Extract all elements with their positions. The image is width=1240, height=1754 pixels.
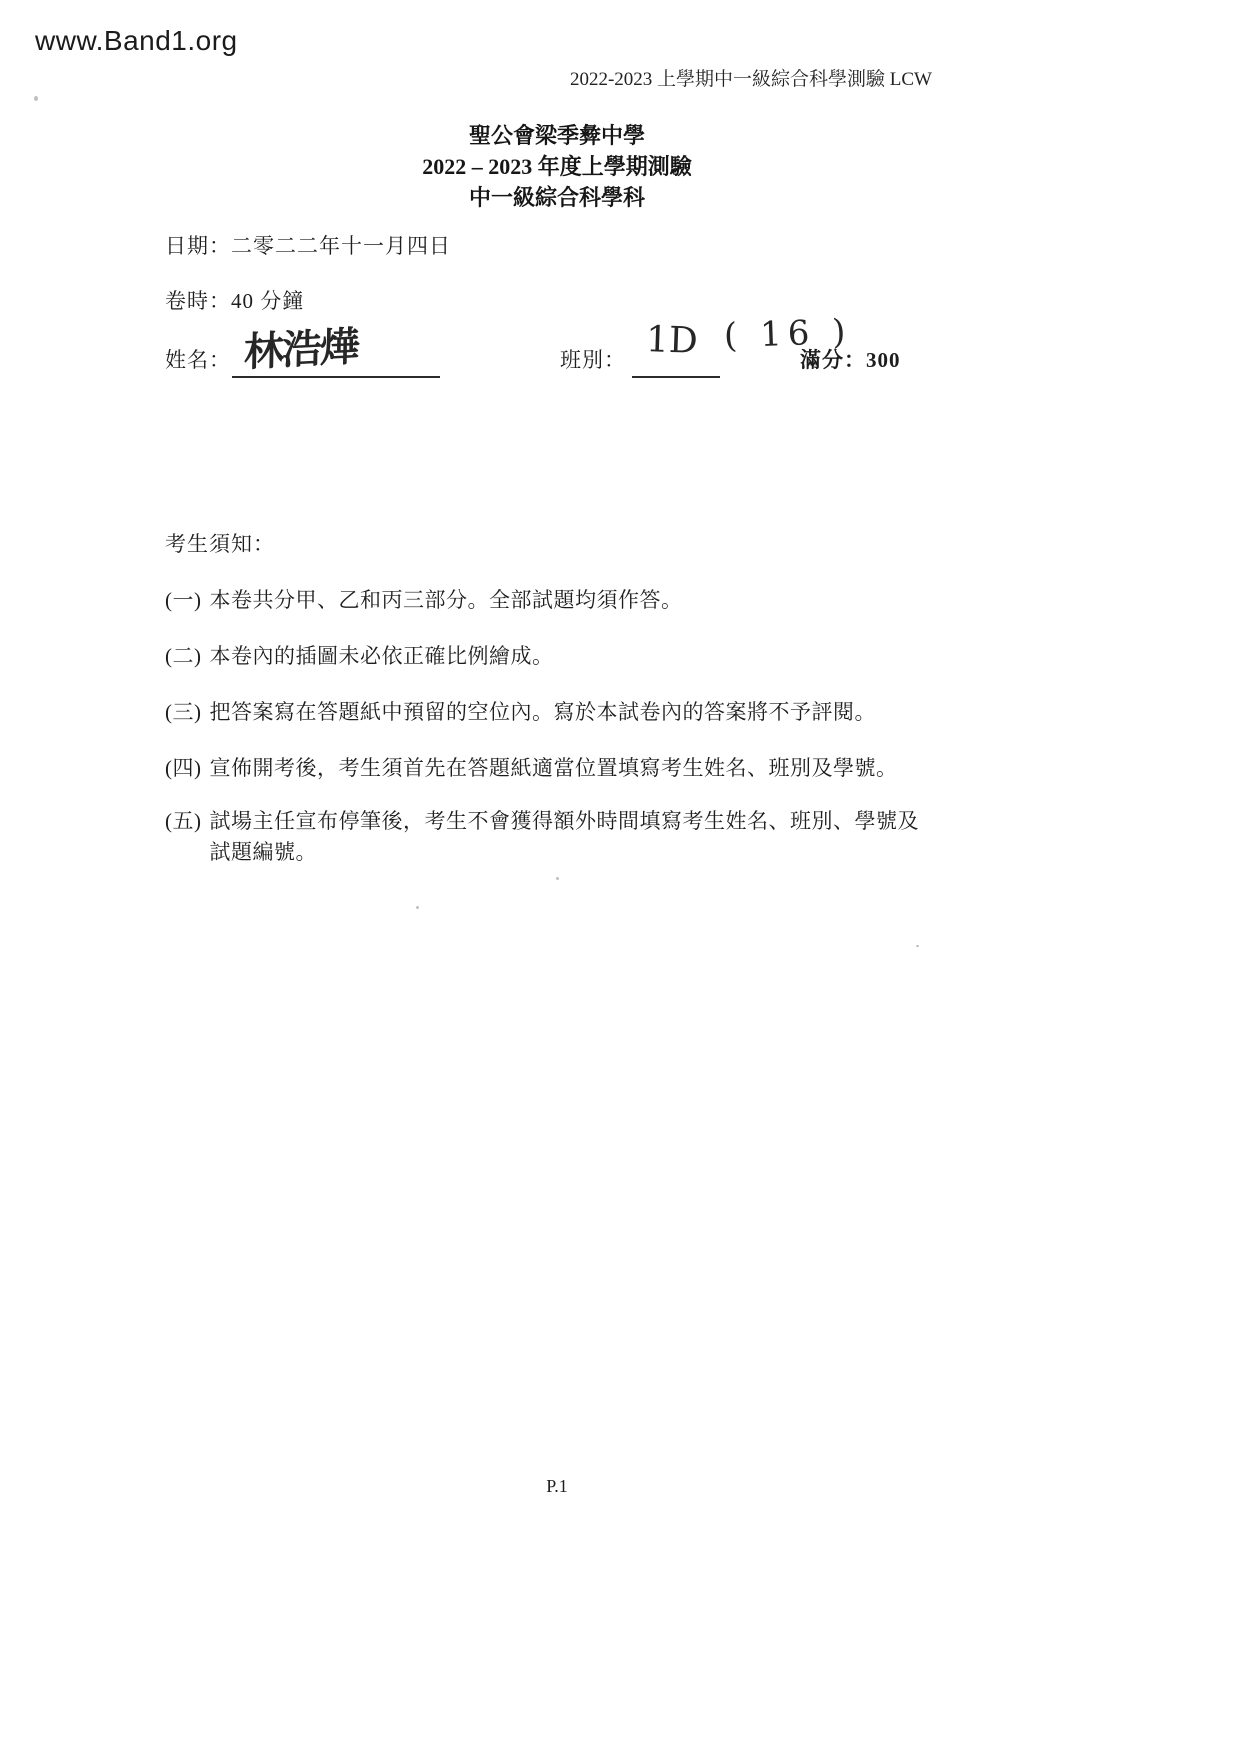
exam-header-right: 2022-2023 上學期中一級綜合科學測驗 LCW [570,64,932,91]
page-number: P.1 [0,1476,1114,1497]
notice-item-number: (五) [165,806,202,837]
notice-item-number: (一) [165,585,202,616]
notice-heading: 考生須知： [165,528,275,558]
full-mark-label: 滿分： [800,348,866,372]
subject-title: 中一級綜合科學科 [0,182,1114,213]
notice-item-text: 本卷內的插圖未必依正確比例繪成。 [210,641,936,672]
term-title: 2022 – 2023 年度上學期測驗 [0,151,1114,182]
notice-item-text: 把答案寫在答題紙中預留的空位內。寫於本試卷內的答案將不予評閱。 [210,697,936,728]
notice-item-text: 本卷共分甲、乙和丙三部分。全部試題均須作答。 [210,585,936,616]
notice-item-number: (二) [165,641,202,672]
notice-item-number: (三) [165,697,202,728]
notice-item-number: (四) [165,753,202,784]
scan-speck [34,96,38,101]
school-name: 聖公會梁季彜中學 [0,120,1114,151]
date-line: 日期：二零二二年十一月四日 [165,230,451,260]
notice-item-4: (四) 宣佈開考後，考生須首先在答題紙適當位置填寫考生姓名、班別及學號。 [165,753,936,784]
scan-speck [416,906,419,909]
notice-item-text: 試場主任宣布停筆後，考生不會獲得額外時間填寫考生姓名、班別、學號及試題編號。 [210,806,936,868]
notice-item-2: (二) 本卷內的插圖未必依正確比例繪成。 [165,641,936,672]
handwritten-class: 1D [645,319,698,362]
full-mark-value: 300 [866,348,901,372]
band1-watermark: www.Band1.org [35,25,238,57]
scan-speck [556,877,559,880]
notice-item-5: (五) 試場主任宣布停筆後，考生不會獲得額外時間填寫考生姓名、班別、學號及試題編… [165,806,936,868]
duration-line: 卷時：40 分鐘 [165,285,304,315]
class-label: 班別： [560,344,626,374]
name-label: 姓名： [165,344,231,374]
scan-speck [916,945,919,947]
exam-cover-page: www.Band1.org 2022-2023 上學期中一級綜合科學測驗 LCW… [0,0,1240,1754]
class-underline [632,376,720,378]
notice-item-1: (一) 本卷共分甲、乙和丙三部分。全部試題均須作答。 [165,585,936,616]
handwritten-name: 林浩燁 [244,315,359,378]
notice-item-3: (三) 把答案寫在答題紙中預留的空位內。寫於本試卷內的答案將不予評閱。 [165,697,936,728]
title-block: 聖公會梁季彜中學 2022 – 2023 年度上學期測驗 中一級綜合科學科 [0,120,1114,213]
full-mark: 滿分：300 [800,344,901,374]
notice-item-text: 宣佈開考後，考生須首先在答題紙適當位置填寫考生姓名、班別及學號。 [210,753,936,784]
